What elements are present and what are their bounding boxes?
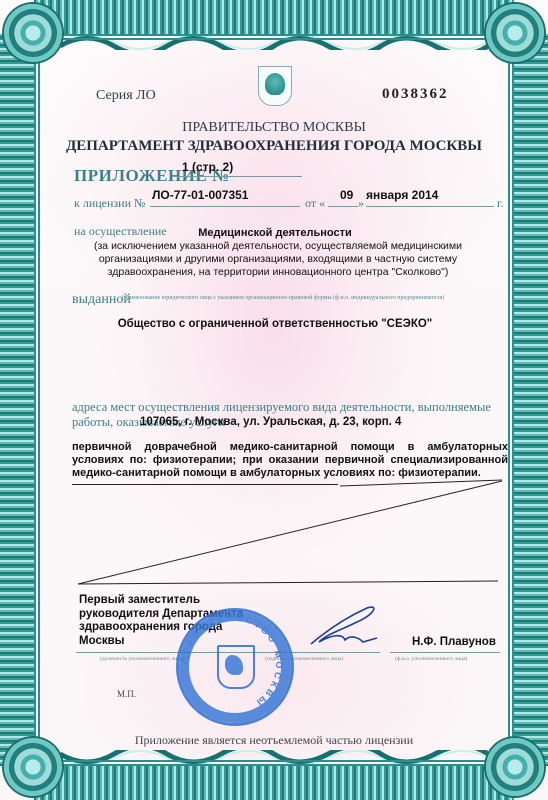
license-appendix-page: Серия ЛО 0038362 ПРАВИТЕЛЬСТВО МОСКВЫ ДЕ… (0, 0, 548, 800)
name-line (390, 652, 500, 653)
handwritten-signature-icon (305, 604, 385, 652)
caption-position: (должность уполномоченного лица) (100, 656, 184, 662)
moscow-government-seal-icon: ПРАВИТЕЛЬСТВО МОСКВЫ (176, 608, 294, 726)
signer-name: Н.Ф. Плавунов (412, 636, 496, 648)
footer-note: Приложение является неотъемлемой частью … (0, 733, 548, 748)
caption-name: (ф.и.о. уполномоченного лица) (395, 656, 467, 662)
seal-placeholder-label: М.П. (117, 689, 136, 699)
